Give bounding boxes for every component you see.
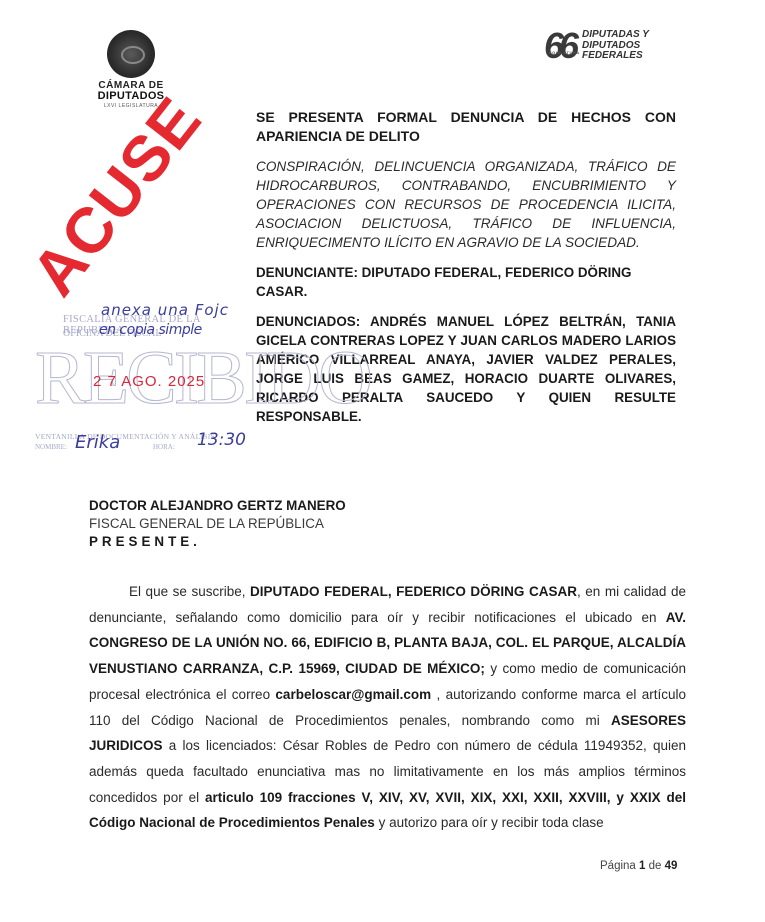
body-bold-run: DIPUTADO FEDERAL, FEDERICO DÖRING CASAR <box>250 584 577 599</box>
handwritten-note-2: en copia simple <box>99 322 202 338</box>
chamber-seal-icon <box>107 30 155 78</box>
addressee-presente: PRESENTE. <box>89 533 346 551</box>
handwritten-name: Erika <box>75 432 120 453</box>
body-text-run: El que se suscribe, <box>129 584 250 599</box>
addressee-name: DOCTOR ALEJANDRO GERTZ MANERO <box>89 497 346 515</box>
document-title: SE PRESENTA FORMAL DENUNCIA DE HECHOS CO… <box>256 108 676 146</box>
complainant: DENUNCIANTE: DIPUTADO FEDERAL, FEDERICO … <box>256 263 676 301</box>
legislature-number: 66 LEGISLATURA <box>544 30 574 62</box>
stamp-date: 2 7 AGO. 2025 <box>93 373 205 390</box>
stamp-name-label: NOMBRE: <box>35 443 67 451</box>
alleged-crimes: CONSPIRACIÓN, DELINCUENCIA ORGANIZADA, T… <box>256 157 676 252</box>
email-address: carbeloscar@gmail.com <box>275 687 431 702</box>
stamp-hour-label: HORA: <box>153 443 175 451</box>
page-of: de <box>649 860 662 872</box>
handwritten-hour: 13:30 <box>197 430 246 450</box>
legislature-sub: LEGISLATURA <box>546 37 580 69</box>
stamp-window: VENTANILLA DE DOCUMENTACIÓN Y ANÁLISIS <box>35 432 215 441</box>
diputados-federales-text: DIPUTADAS Y DIPUTADOS FEDERALES <box>582 30 649 62</box>
logo-text-line: FEDERALES <box>582 51 649 62</box>
legislatura-66-logo: 66 LEGISLATURA DIPUTADAS Y DIPUTADOS FED… <box>544 30 649 62</box>
body-text-run: y autorizo para oír y recibir toda clase <box>375 815 604 830</box>
handwritten-note-1: anexa una Fojc <box>101 301 229 319</box>
body-paragraph: El que se suscribe, DIPUTADO FEDERAL, FE… <box>89 579 686 836</box>
page-current: 1 <box>639 860 645 872</box>
page-total: 49 <box>665 860 678 872</box>
received-stamp: FISCALIA GENERAL DE LA REPUBLICA OFICINA… <box>35 300 247 455</box>
page-number: Página 1 de 49 <box>600 860 677 872</box>
addressee-title: FISCAL GENERAL DE LA REPÚBLICA <box>89 515 346 533</box>
page-label: Página <box>600 860 636 872</box>
acuse-stamp: ACUSE <box>22 88 210 305</box>
addressee-block: DOCTOR ALEJANDRO GERTZ MANERO FISCAL GEN… <box>89 497 346 551</box>
